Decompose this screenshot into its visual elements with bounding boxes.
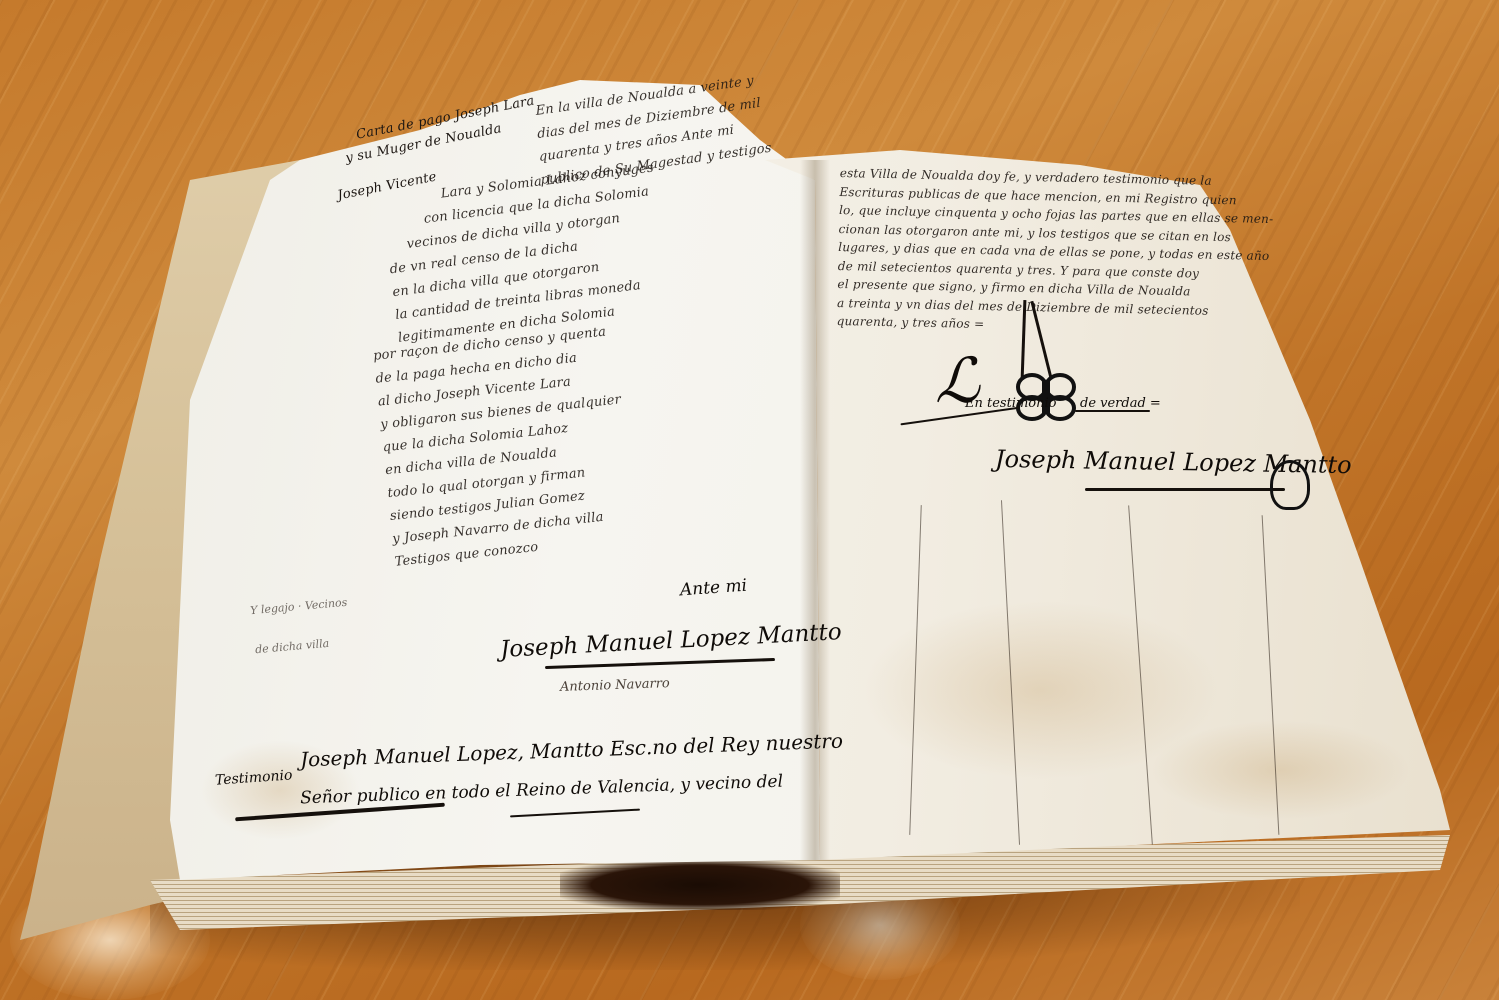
left-page-body: Lara y Solomia Lahoz conyuges con licenc…: [380, 157, 672, 350]
manuscript-book: Carta de pago Joseph Lara y su Muger de …: [0, 0, 1499, 1000]
photo-scene: Carta de pago Joseph Lara y su Muger de …: [0, 0, 1499, 1000]
right-page-text: esta Villa de Noualda doy fe, y verdader…: [837, 164, 1275, 340]
book-gutter: [800, 160, 830, 860]
seal-right-word: de verdad =: [1080, 396, 1161, 411]
left-page-body-lower: por raçon de dicho censo y quenta de la …: [372, 320, 637, 574]
signature-flourish-right: [1085, 488, 1285, 491]
seal-underline-right: [1075, 410, 1150, 412]
binding-shadow: [560, 860, 840, 910]
rubric-icon: [1270, 460, 1310, 510]
paper-stain: [1150, 720, 1410, 820]
